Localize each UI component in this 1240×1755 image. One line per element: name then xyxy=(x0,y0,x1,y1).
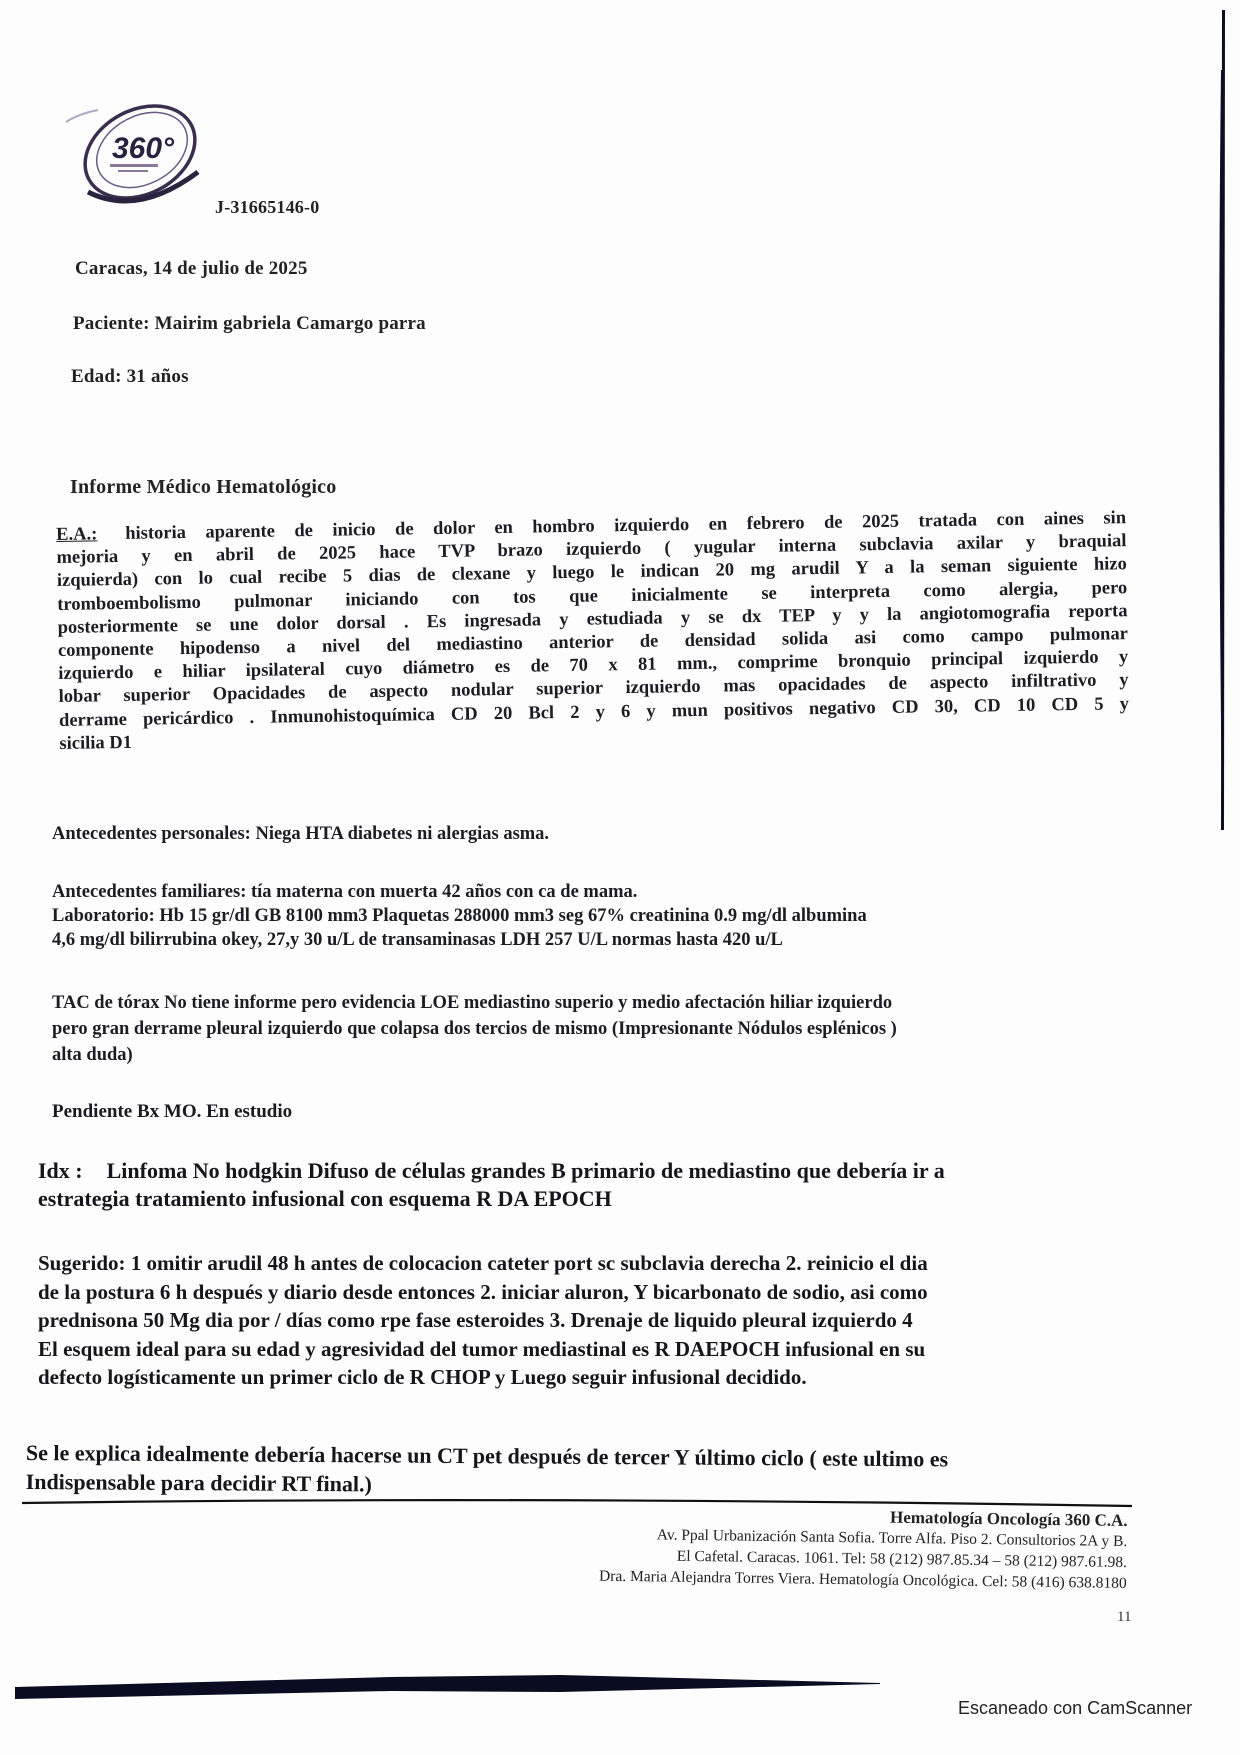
idx-label: Idx : xyxy=(38,1158,83,1183)
patient-line: Paciente: Mairim gabriela Camargo parra xyxy=(73,313,426,335)
page-number: 11 xyxy=(1117,1609,1131,1626)
idx-line: Linfoma No hodgkin Difuso de células gra… xyxy=(107,1158,945,1183)
pending-note: Pendiente Bx MO. En estudio xyxy=(52,1101,292,1123)
page-edge-shadow xyxy=(1216,10,1226,830)
tac-line: pero gran derrame pleural izquierdo que … xyxy=(52,1016,1127,1042)
idx-line: estrategia tratamiento infusional con es… xyxy=(38,1185,1128,1213)
clinic-footer: Hematología Oncología 360 C.A. Av. Ppal … xyxy=(599,1503,1128,1594)
family-history: Antecedentes familiares: tía materna con… xyxy=(52,880,867,904)
rif-number: J-31665146-0 xyxy=(215,197,319,218)
current-illness-section: E.A.:historia aparente de inicio de dolo… xyxy=(56,507,1130,756)
scanned-document-page: 360° J-31665146-0 Caracas, 14 de julio d… xyxy=(0,0,1240,1755)
camscanner-watermark: Escaneado con CamScanner xyxy=(958,1698,1192,1719)
suggestion-line: defecto logísticamente un primer ciclo d… xyxy=(38,1363,1130,1392)
personal-history: Antecedentes personales: Niega HTA diabe… xyxy=(52,823,549,846)
diagnosis-section: Idx :Linfoma No hodgkin Difuso de célula… xyxy=(38,1157,1128,1213)
lab-line: 4,6 mg/dl bilirrubina okey, 27,y 30 u/L … xyxy=(52,928,867,952)
lab-line: Laboratorio: Hb 15 gr/dl GB 8100 mm3 Pla… xyxy=(52,904,867,928)
suggestion-line: de la postura 6 h después y diario desde… xyxy=(38,1278,1130,1307)
footer-divider xyxy=(22,1494,1132,1508)
chest-ct-section: TAC de tórax No tiene informe pero evide… xyxy=(52,990,1127,1068)
ea-label: E.A.: xyxy=(56,524,97,545)
tac-line: alta duda) xyxy=(52,1042,1127,1068)
suggestion-line: Sugerido: 1 omitir arudil 48 h antes de … xyxy=(38,1249,1130,1278)
age-label: Edad: xyxy=(71,366,122,387)
tac-line: TAC de tórax No tiene informe pero evide… xyxy=(52,990,1127,1016)
suggestion-line: El esquem ideal para su edad y agresivid… xyxy=(38,1335,1130,1364)
date-line: Caracas, 14 de julio de 2025 xyxy=(75,258,308,280)
age-line: Edad: 31 años xyxy=(71,366,189,388)
report-title: Informe Médico Hematológico xyxy=(70,476,336,499)
suggestion-line: prednisona 50 Mg dia por / días como rpe… xyxy=(38,1306,1130,1335)
clinic-logo-360: 360° xyxy=(58,92,218,212)
scan-bottom-edge xyxy=(0,1665,900,1705)
suggestions-section: Sugerido: 1 omitir arudil 48 h antes de … xyxy=(38,1249,1130,1392)
family-history-and-labs: Antecedentes familiares: tía materna con… xyxy=(52,880,867,952)
patient-label: Paciente: xyxy=(73,313,150,334)
age-value: 31 años xyxy=(127,366,189,387)
logo-text: 360° xyxy=(112,132,175,165)
patient-name: Mairim gabriela Camargo parra xyxy=(155,313,426,334)
